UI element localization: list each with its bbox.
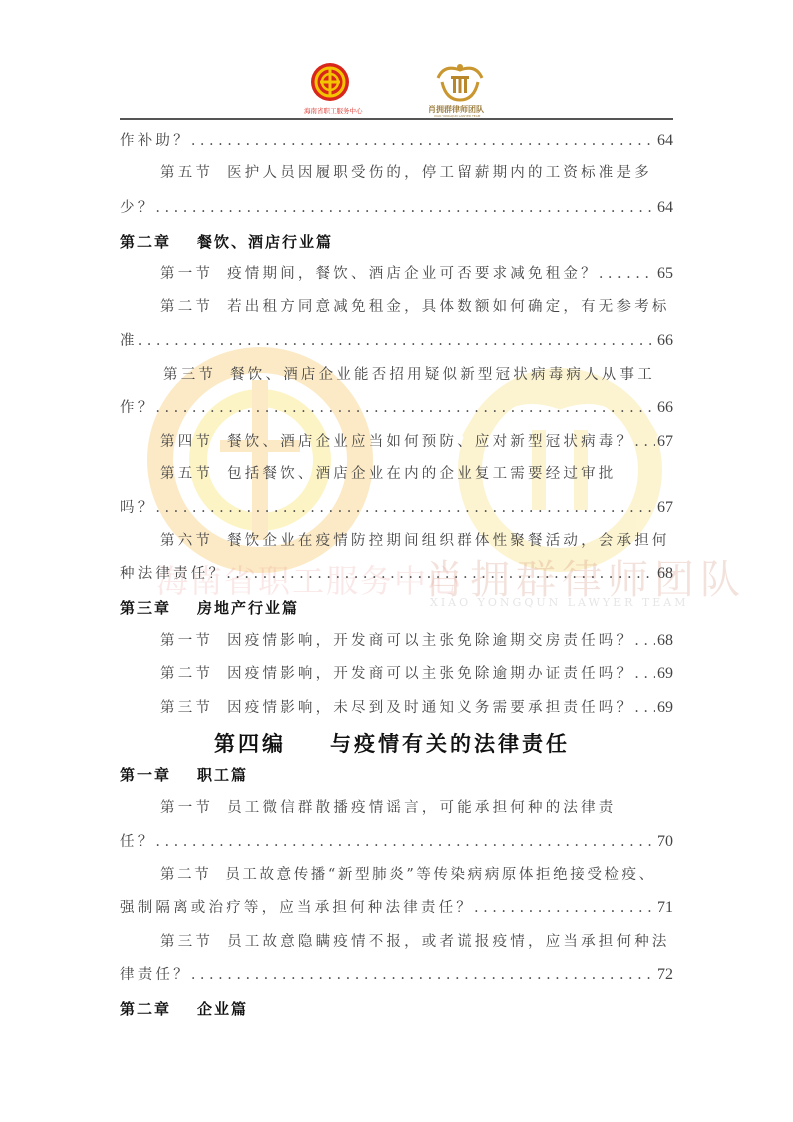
entry-text: 任？	[120, 830, 155, 854]
toc-entry[interactable]: 第一节疫情期间，餐饮、酒店企业可否要求减免租金？ 65	[160, 262, 673, 286]
dot-leader	[155, 396, 655, 420]
toc-entry[interactable]: 第二节因疫情影响，开发商可以主张免除逾期办证责任吗？ 69	[160, 662, 673, 686]
entry-text: 员工故意传播“新型肺炎”等传染病病原体拒绝接受检疫、	[225, 867, 655, 883]
entry-text: 医护人员因履职受伤的，停工留薪期内的工资标准是多	[227, 165, 652, 181]
section-number: 第五节	[160, 466, 213, 482]
chapter-title: 职工篇	[197, 766, 248, 784]
page-number: 64	[657, 129, 673, 153]
page-number: 65	[657, 262, 673, 286]
toc-entry-continuation[interactable]: 任？ 70	[120, 830, 673, 854]
dot-leader	[634, 662, 655, 686]
page-number: 66	[657, 396, 673, 420]
entry-text: 律责任？	[120, 963, 191, 987]
entry-text: 种法律责任？	[120, 562, 226, 586]
entry-text: 作补助？	[120, 129, 191, 153]
toc-entry[interactable]: 第四节餐饮、酒店企业应当如何预防、应对新型冠状病毒？ 67	[160, 430, 673, 454]
part-title: 与疫情有关的法律责任	[330, 732, 570, 756]
entry-text: 少？	[120, 196, 155, 220]
toc-entry-continuation[interactable]: 律责任？ 72	[120, 963, 673, 987]
page-number: 68	[657, 562, 673, 586]
chapter-title: 房地产行业篇	[197, 599, 299, 617]
entry-text: 作？	[120, 396, 155, 420]
watermark-right-subtext: XIAO YONGQUN LAWYER TEAM	[430, 596, 689, 609]
section-number: 第一节	[160, 800, 213, 816]
section-number: 第二节	[160, 666, 213, 682]
section-number: 第五节	[160, 165, 213, 181]
toc-entry[interactable]: 第一节员工微信群散播疫情谣言，可能承担何种的法律责	[160, 796, 673, 820]
page-number: 69	[657, 696, 673, 720]
toc-entry[interactable]: 第三节餐饮、酒店企业能否招用疑似新型冠状病毒病人从事工	[163, 363, 676, 387]
toc-entry-continuation[interactable]: 吗？ 67	[120, 496, 673, 520]
dot-leader	[634, 696, 655, 720]
page-number: 66	[657, 329, 673, 353]
toc-entry-continuation[interactable]: 准 66	[120, 329, 673, 353]
chapter-heading[interactable]: 第二章餐饮、酒店行业篇	[120, 231, 333, 252]
part-heading[interactable]: 第四编与疫情有关的法律责任	[214, 728, 570, 758]
chapter-heading[interactable]: 第三章房地产行业篇	[120, 597, 299, 618]
entry-text: 包括餐饮、酒店企业在内的企业复工需要经过审批	[227, 466, 616, 482]
law-firm-pillar-emblem-icon	[424, 60, 496, 106]
chapter-number: 第一章	[120, 766, 171, 784]
toc-entry[interactable]: 第二节若出租方同意减免租金，具体数额如何确定，有无参考标	[160, 295, 673, 319]
trade-union-emblem-icon	[298, 60, 362, 106]
section-number: 第三节	[160, 700, 213, 716]
entry-text: 准	[120, 329, 138, 353]
dot-leader	[634, 430, 655, 454]
dot-leader	[191, 129, 655, 153]
dot-leader	[634, 629, 655, 653]
entry-text: 疫情期间，餐饮、酒店企业可否要求减免租金？	[227, 266, 599, 282]
part-number: 第四编	[214, 732, 286, 756]
section-number: 第三节	[160, 934, 213, 950]
toc-entry-continuation[interactable]: 种法律责任？ 68	[120, 562, 673, 586]
chapter-number: 第二章	[120, 233, 171, 251]
entry-text: 员工微信群散播疫情谣言，可能承担何种的法律责	[227, 800, 616, 816]
entry-text: 强制隔离或治疗等，应当承担何种法律责任？	[120, 896, 474, 920]
toc-entry[interactable]: 第二节员工故意传播“新型肺炎”等传染病病原体拒绝接受检疫、	[160, 863, 673, 887]
dot-leader	[226, 562, 655, 586]
chapter-heading[interactable]: 第一章职工篇	[120, 764, 248, 785]
page-number: 70	[657, 830, 673, 854]
entry-text: 因疫情影响，未尽到及时通知义务需要承担责任吗？	[227, 700, 634, 716]
dot-leader	[155, 830, 655, 854]
page-number: 68	[657, 629, 673, 653]
chapter-title: 餐饮、酒店行业篇	[197, 233, 333, 251]
section-number: 第二节	[160, 867, 211, 883]
page-number: 69	[657, 662, 673, 686]
toc-entry[interactable]: 第一节因疫情影响，开发商可以主张免除逾期交房责任吗？ 68	[160, 629, 673, 653]
right-logo: 肖拥群律师团队 XIAO YONGQUN LAWYER TEAM	[424, 60, 496, 118]
entry-text: 餐饮企业在疫情防控期间组织群体性聚餐活动，会承担何	[227, 533, 670, 549]
section-number: 第二节	[160, 299, 213, 315]
page-number: 67	[657, 430, 673, 454]
toc-entry-continued[interactable]: 作补助？ 64	[120, 129, 673, 153]
toc-entry[interactable]: 第六节餐饮企业在疫情防控期间组织群体性聚餐活动，会承担何	[160, 529, 673, 553]
toc-entry-continuation[interactable]: 强制隔离或治疗等，应当承担何种法律责任？ 71	[120, 896, 673, 920]
toc-entry-continuation[interactable]: 作？ 66	[120, 396, 673, 420]
page-number: 67	[657, 496, 673, 520]
entry-text: 员工故意隐瞒疫情不报，或者谎报疫情，应当承担何种法	[227, 934, 670, 950]
entry-text: 餐饮、酒店企业能否招用疑似新型冠状病毒病人从事工	[230, 367, 655, 383]
entry-text: 餐饮、酒店企业应当如何预防、应对新型冠状病毒？	[227, 434, 634, 450]
dot-leader	[474, 896, 655, 920]
left-logo: 海南省职工服务中心	[298, 60, 362, 118]
entry-text: 吗？	[120, 496, 155, 520]
entry-text: 若出租方同意减免租金，具体数额如何确定，有无参考标	[227, 299, 670, 315]
left-logo-caption: 海南省职工服务中心	[304, 106, 363, 115]
document-page: 海南省职工服务中心 肖拥群律师团队 XIAO YONGQUN LAWYER TE…	[0, 0, 793, 1122]
chapter-heading[interactable]: 第二章企业篇	[120, 998, 248, 1019]
section-number: 第一节	[160, 633, 213, 649]
entry-text: 因疫情影响，开发商可以主张免除逾期办证责任吗？	[227, 666, 634, 682]
toc-entry[interactable]: 第三节因疫情影响，未尽到及时通知义务需要承担责任吗？ 69	[160, 696, 673, 720]
chapter-number: 第三章	[120, 599, 171, 617]
dot-leader	[138, 329, 655, 353]
header-rule	[120, 118, 673, 120]
chapter-number: 第二章	[120, 1000, 171, 1018]
page-number: 64	[657, 196, 673, 220]
section-number: 第一节	[160, 266, 213, 282]
page-number: 71	[657, 896, 673, 920]
toc-entry-continuation[interactable]: 少？ 64	[120, 196, 673, 220]
toc-entry[interactable]: 第五节医护人员因履职受伤的，停工留薪期内的工资标准是多	[160, 161, 673, 185]
toc-entry[interactable]: 第五节包括餐饮、酒店企业在内的企业复工需要经过审批	[160, 462, 673, 486]
section-number: 第四节	[160, 434, 213, 450]
section-number: 第六节	[160, 533, 213, 549]
dot-leader	[155, 196, 655, 220]
dot-leader	[599, 262, 655, 286]
chapter-title: 企业篇	[197, 1000, 248, 1018]
toc-entry[interactable]: 第三节员工故意隐瞒疫情不报，或者谎报疫情，应当承担何种法	[160, 930, 673, 954]
dot-leader	[155, 496, 655, 520]
section-number: 第三节	[163, 367, 216, 383]
dot-leader	[191, 963, 655, 987]
page-number: 72	[657, 963, 673, 987]
entry-text: 因疫情影响，开发商可以主张免除逾期交房责任吗？	[227, 633, 634, 649]
